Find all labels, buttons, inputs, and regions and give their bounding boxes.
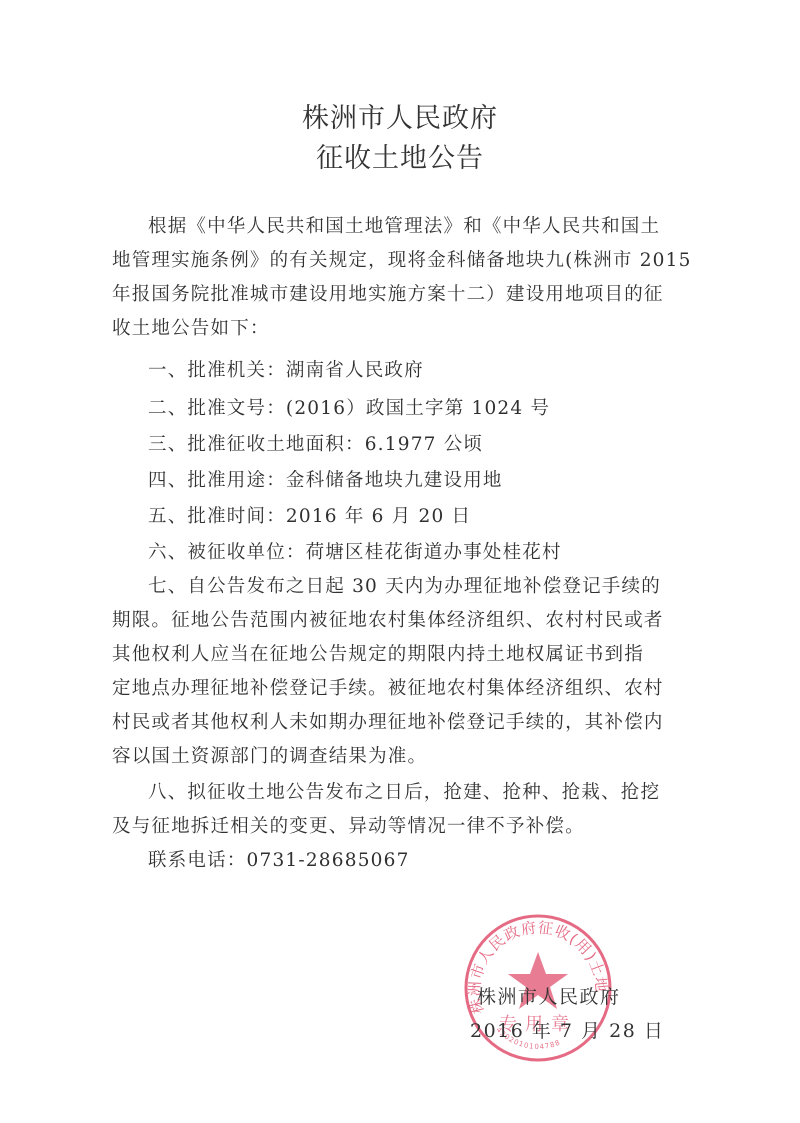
list-item: 三、批准征收土地面积：6.1977 公顷 xyxy=(148,430,483,456)
paragraph-line: 七、自公告发布之日起 30 天内为办理征地补偿登记手续的 xyxy=(148,572,661,598)
list-item: 一、批准机关：湖南省人民政府 xyxy=(148,356,424,382)
list-item: 六、被征收单位：荷塘区桂花街道办事处桂花村 xyxy=(148,538,562,564)
signature-org: 株洲市人民政府 xyxy=(477,982,621,1009)
paragraph-line: 容以国土资源部门的调查结果为准。 xyxy=(112,742,427,768)
signature-date: 2016 年 7 月 28 日 xyxy=(470,1016,664,1043)
list-item: 四、批准用途：金科储备地块九建设用地 xyxy=(148,466,503,492)
contact-phone: 联系电话：0731-28685067 xyxy=(148,846,410,872)
title-line-2: 征收土地公告 xyxy=(0,136,800,175)
title-line-1: 株洲市人民政府 xyxy=(0,96,800,135)
intro-line: 年报国务院批准城市建设用地实施方案十二）建设用地项目的征 xyxy=(112,280,664,306)
list-item: 五、批准时间：2016 年 6 月 20 日 xyxy=(148,502,471,528)
paragraph-line: 八、拟征收土地公告发布之日后，抢建、抢种、抢栽、抢挖 xyxy=(148,778,660,804)
paragraph-line: 及与征地拆迁相关的变更、异动等情况一律不予补偿。 xyxy=(112,812,585,838)
paragraph-line: 其他权利人应当在征地公告规定的期限内持土地权属证书到指 xyxy=(112,640,644,666)
intro-line: 地管理实施条例》的有关规定，现将金科储备地块九(株洲市 2015 xyxy=(112,246,692,272)
paragraph-line: 定地点办理征地补偿登记手续。被征地农村集体经济组织、农村 xyxy=(112,674,664,700)
list-item: 二、批准文号：(2016）政国土字第 1024 号 xyxy=(148,394,550,420)
intro-line: 根据《中华人民共和国土地管理法》和《中华人民共和国土 xyxy=(148,212,660,238)
paragraph-line: 村民或者其他权利人未如期办理征地补偿登记手续的，其补偿内 xyxy=(112,708,664,734)
intro-line: 收土地公告如下： xyxy=(112,314,270,340)
paragraph-line: 期限。征地公告范围内被征地农村集体经济组织、农村村民或者 xyxy=(112,606,664,632)
